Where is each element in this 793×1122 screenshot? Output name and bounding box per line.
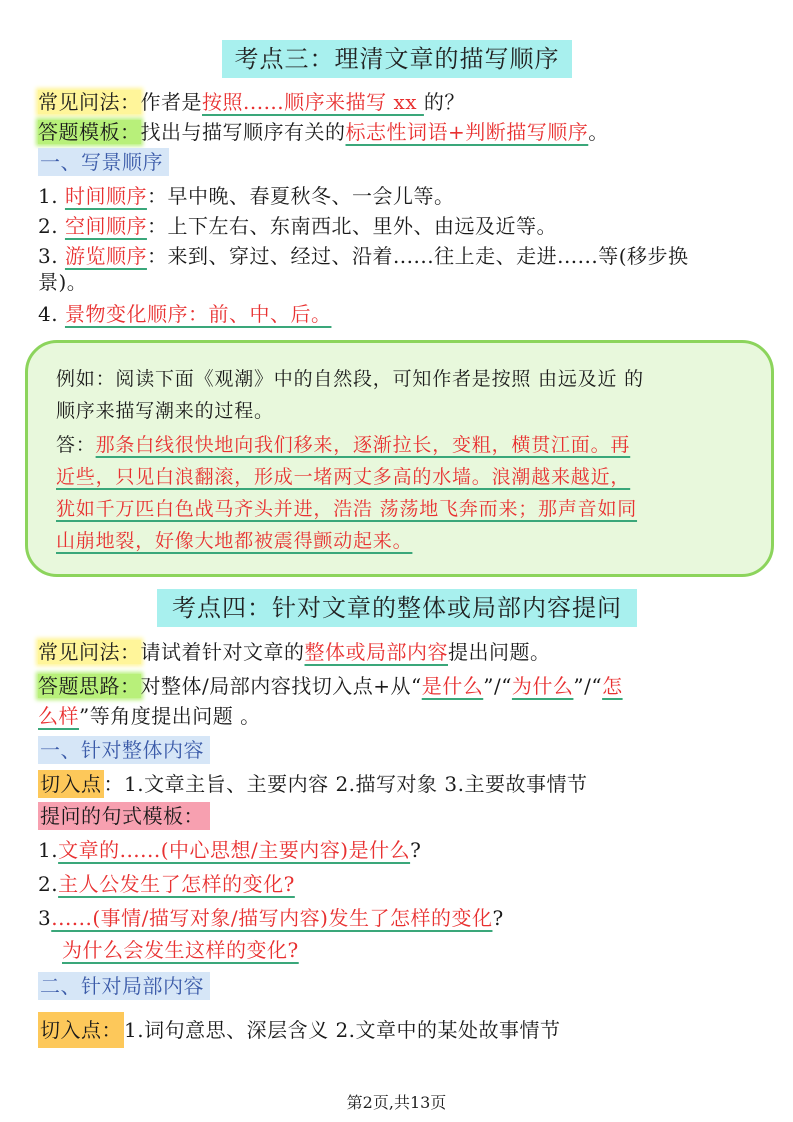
template-text: 文章的......(中心思想/主要内容)是什么 xyxy=(58,838,410,862)
answer-template-label: 答题模板： xyxy=(38,120,141,144)
common-question-end: 提出问题。 xyxy=(448,640,551,664)
item-key: 时间顺序 xyxy=(65,184,147,208)
section4-title: 考点四：针对文章的整体或局部内容提问 xyxy=(157,589,637,627)
section4-heading-whole: 一、针对整体内容 xyxy=(38,736,210,764)
template-text: 为什么会发生这样的变化? xyxy=(62,938,299,962)
order-item-3-cont: 景)。 xyxy=(38,268,87,296)
item-text: ：上下左右、东南西北、里外、由远及近等。 xyxy=(147,214,557,238)
answer-template-text: 找出与描写顺序有关的 xyxy=(141,120,346,144)
order-item-4: 4. 景物变化顺序：前、中、后。 xyxy=(38,300,331,328)
template-number: 2. xyxy=(38,872,58,896)
entry-point-text: ：1.文章主旨、主要内容 2.描写对象 3.主要故事情节 xyxy=(104,772,588,796)
item-number: 3. xyxy=(38,244,65,268)
order-item-2: 2. 空间顺序：上下左右、东南西北、里外、由远及近等。 xyxy=(38,212,557,240)
approach-sep: ”/“ xyxy=(573,674,602,698)
question-template-3: 3......(事情/描写对象/描写内容)发生了怎样的变化? xyxy=(38,904,504,932)
template-text: 主人公发生了怎样的变化? xyxy=(58,872,295,896)
common-question-label: 常见问法： xyxy=(38,640,141,664)
example-answer-line-2: 近些，只见白浪翻滚，形成一堵两丈多高的水墙。浪潮越来越近， xyxy=(56,463,630,491)
order-item-3: 3. 游览顺序：来到、穿过、经过、沿着......往上走、走进......等(移… xyxy=(38,242,689,270)
section3-common-question: 常见问法：作者是按照......顺序来描写 xx 的？ xyxy=(38,88,465,116)
answer-template-highlight: 标志性词语+判断描写顺序 xyxy=(346,120,589,144)
heading-whole-content: 一、针对整体内容 xyxy=(38,736,210,764)
question-template-heading: 提问的句式模板： xyxy=(38,802,210,830)
approach-end: ”等角度提出问题 。 xyxy=(79,704,261,728)
heading-partial-content: 二、针对局部内容 xyxy=(38,972,210,1000)
question-template-label: 提问的句式模板： xyxy=(38,802,210,830)
section3-answer-template: 答题模板：找出与描写顺序有关的标志性词语+判断描写顺序。 xyxy=(38,118,609,146)
template-number: 3 xyxy=(38,906,51,930)
example-answer-line-3: 犹如千万匹白色战马齐头并进，浩浩 荡荡地飞奔而来；那声音如同 xyxy=(56,495,637,523)
common-question-highlight: 整体或局部内容 xyxy=(305,640,449,664)
template-number: 1. xyxy=(38,838,58,862)
item-key: 游览顺序 xyxy=(65,244,147,268)
entry-point-label: 切入点 xyxy=(38,770,104,798)
approach-sep: ”/“ xyxy=(483,674,512,698)
answer-template-end: 。 xyxy=(588,120,609,144)
item-text: ：早中晚、春夏秋冬、一会儿等。 xyxy=(147,184,455,208)
approach-text: 对整体/局部内容找切入点+从“ xyxy=(141,674,422,698)
common-question-highlight: 按照......顺序来描写 xx xyxy=(202,90,424,114)
example-answer-line-4: 山崩地裂，好像大地都被震得颤动起来。 xyxy=(56,527,412,555)
item-key: 景物变化顺序：前、中、后。 xyxy=(65,302,332,326)
approach-why: 为什么 xyxy=(512,674,574,698)
question-template-1: 1.文章的......(中心思想/主要内容)是什么? xyxy=(38,836,421,864)
item-number: 4. xyxy=(38,302,65,326)
common-question-text: 作者是 xyxy=(141,90,203,114)
approach-how-part2: 么样 xyxy=(38,704,79,728)
example-box: 例如：阅读下面《观潮》中的自然段，可知作者是按照 由远及近 的 顺序来描写潮来的… xyxy=(25,340,774,577)
section3-title: 考点三：理清文章的描写顺序 xyxy=(222,40,572,78)
page-footer: 第2页,共13页 xyxy=(0,1090,793,1113)
item-key: 空间顺序 xyxy=(65,214,147,238)
example-line-1: 例如：阅读下面《观潮》中的自然段，可知作者是按照 由远及近 的 xyxy=(56,365,644,393)
template-end: ? xyxy=(410,838,421,862)
example-answer-line-1: 答：那条白线很快地向我们移来，逐渐拉长，变粗，横贯江面。再 xyxy=(56,431,630,459)
item-text-continued: 景)。 xyxy=(38,270,87,294)
common-question-label: 常见问法： xyxy=(38,90,141,114)
question-template-2: 2.主人公发生了怎样的变化? xyxy=(38,870,295,898)
answer-text: 那条白线很快地向我们移来，逐渐拉长，变粗，横贯江面。再 xyxy=(96,434,631,456)
template-text: ......(事情/描写对象/描写内容)发生了怎样的变化 xyxy=(51,906,492,930)
section4-approach-cont: 么样”等角度提出问题 。 xyxy=(38,702,261,730)
section4-common-question: 常见问法：请试着针对文章的整体或局部内容提出问题。 xyxy=(38,638,551,666)
entry-point-partial: 切入点：1.词句意思、深层含义 2.文章中的某处故事情节 xyxy=(38,1016,561,1044)
section3-heading-scenery-order: 一、写景顺序 xyxy=(38,148,169,176)
section4-heading-partial: 二、针对局部内容 xyxy=(38,972,210,1000)
section4-approach: 答题思路：对整体/局部内容找切入点+从“是什么”/“为什么”/“怎 xyxy=(38,672,623,700)
approach-what: 是什么 xyxy=(422,674,484,698)
entry-point-label: 切入点： xyxy=(38,1012,124,1048)
entry-point-whole: 切入点：1.文章主旨、主要内容 2.描写对象 3.主要故事情节 xyxy=(38,770,587,798)
common-question-text: 请试着针对文章的 xyxy=(141,640,305,664)
common-question-end: 的？ xyxy=(424,90,465,114)
example-line-2: 顺序来描写潮来的过程。 xyxy=(56,397,274,425)
template-end: ? xyxy=(492,906,503,930)
answer-label: 答： xyxy=(56,434,96,456)
approach-how-part1: 怎 xyxy=(602,674,623,698)
entry-point-text: 1.词句意思、深层含义 2.文章中的某处故事情节 xyxy=(124,1018,561,1042)
order-item-1: 1. 时间顺序：早中晚、春夏秋冬、一会儿等。 xyxy=(38,182,454,210)
question-template-3-cont: 为什么会发生这样的变化? xyxy=(62,936,299,964)
approach-label: 答题思路： xyxy=(38,674,141,698)
item-number: 2. xyxy=(38,214,65,238)
item-text: ：来到、穿过、经过、沿着......往上走、走进......等(移步换 xyxy=(147,244,689,268)
heading-scenery-order: 一、写景顺序 xyxy=(38,148,169,176)
item-number: 1. xyxy=(38,184,65,208)
